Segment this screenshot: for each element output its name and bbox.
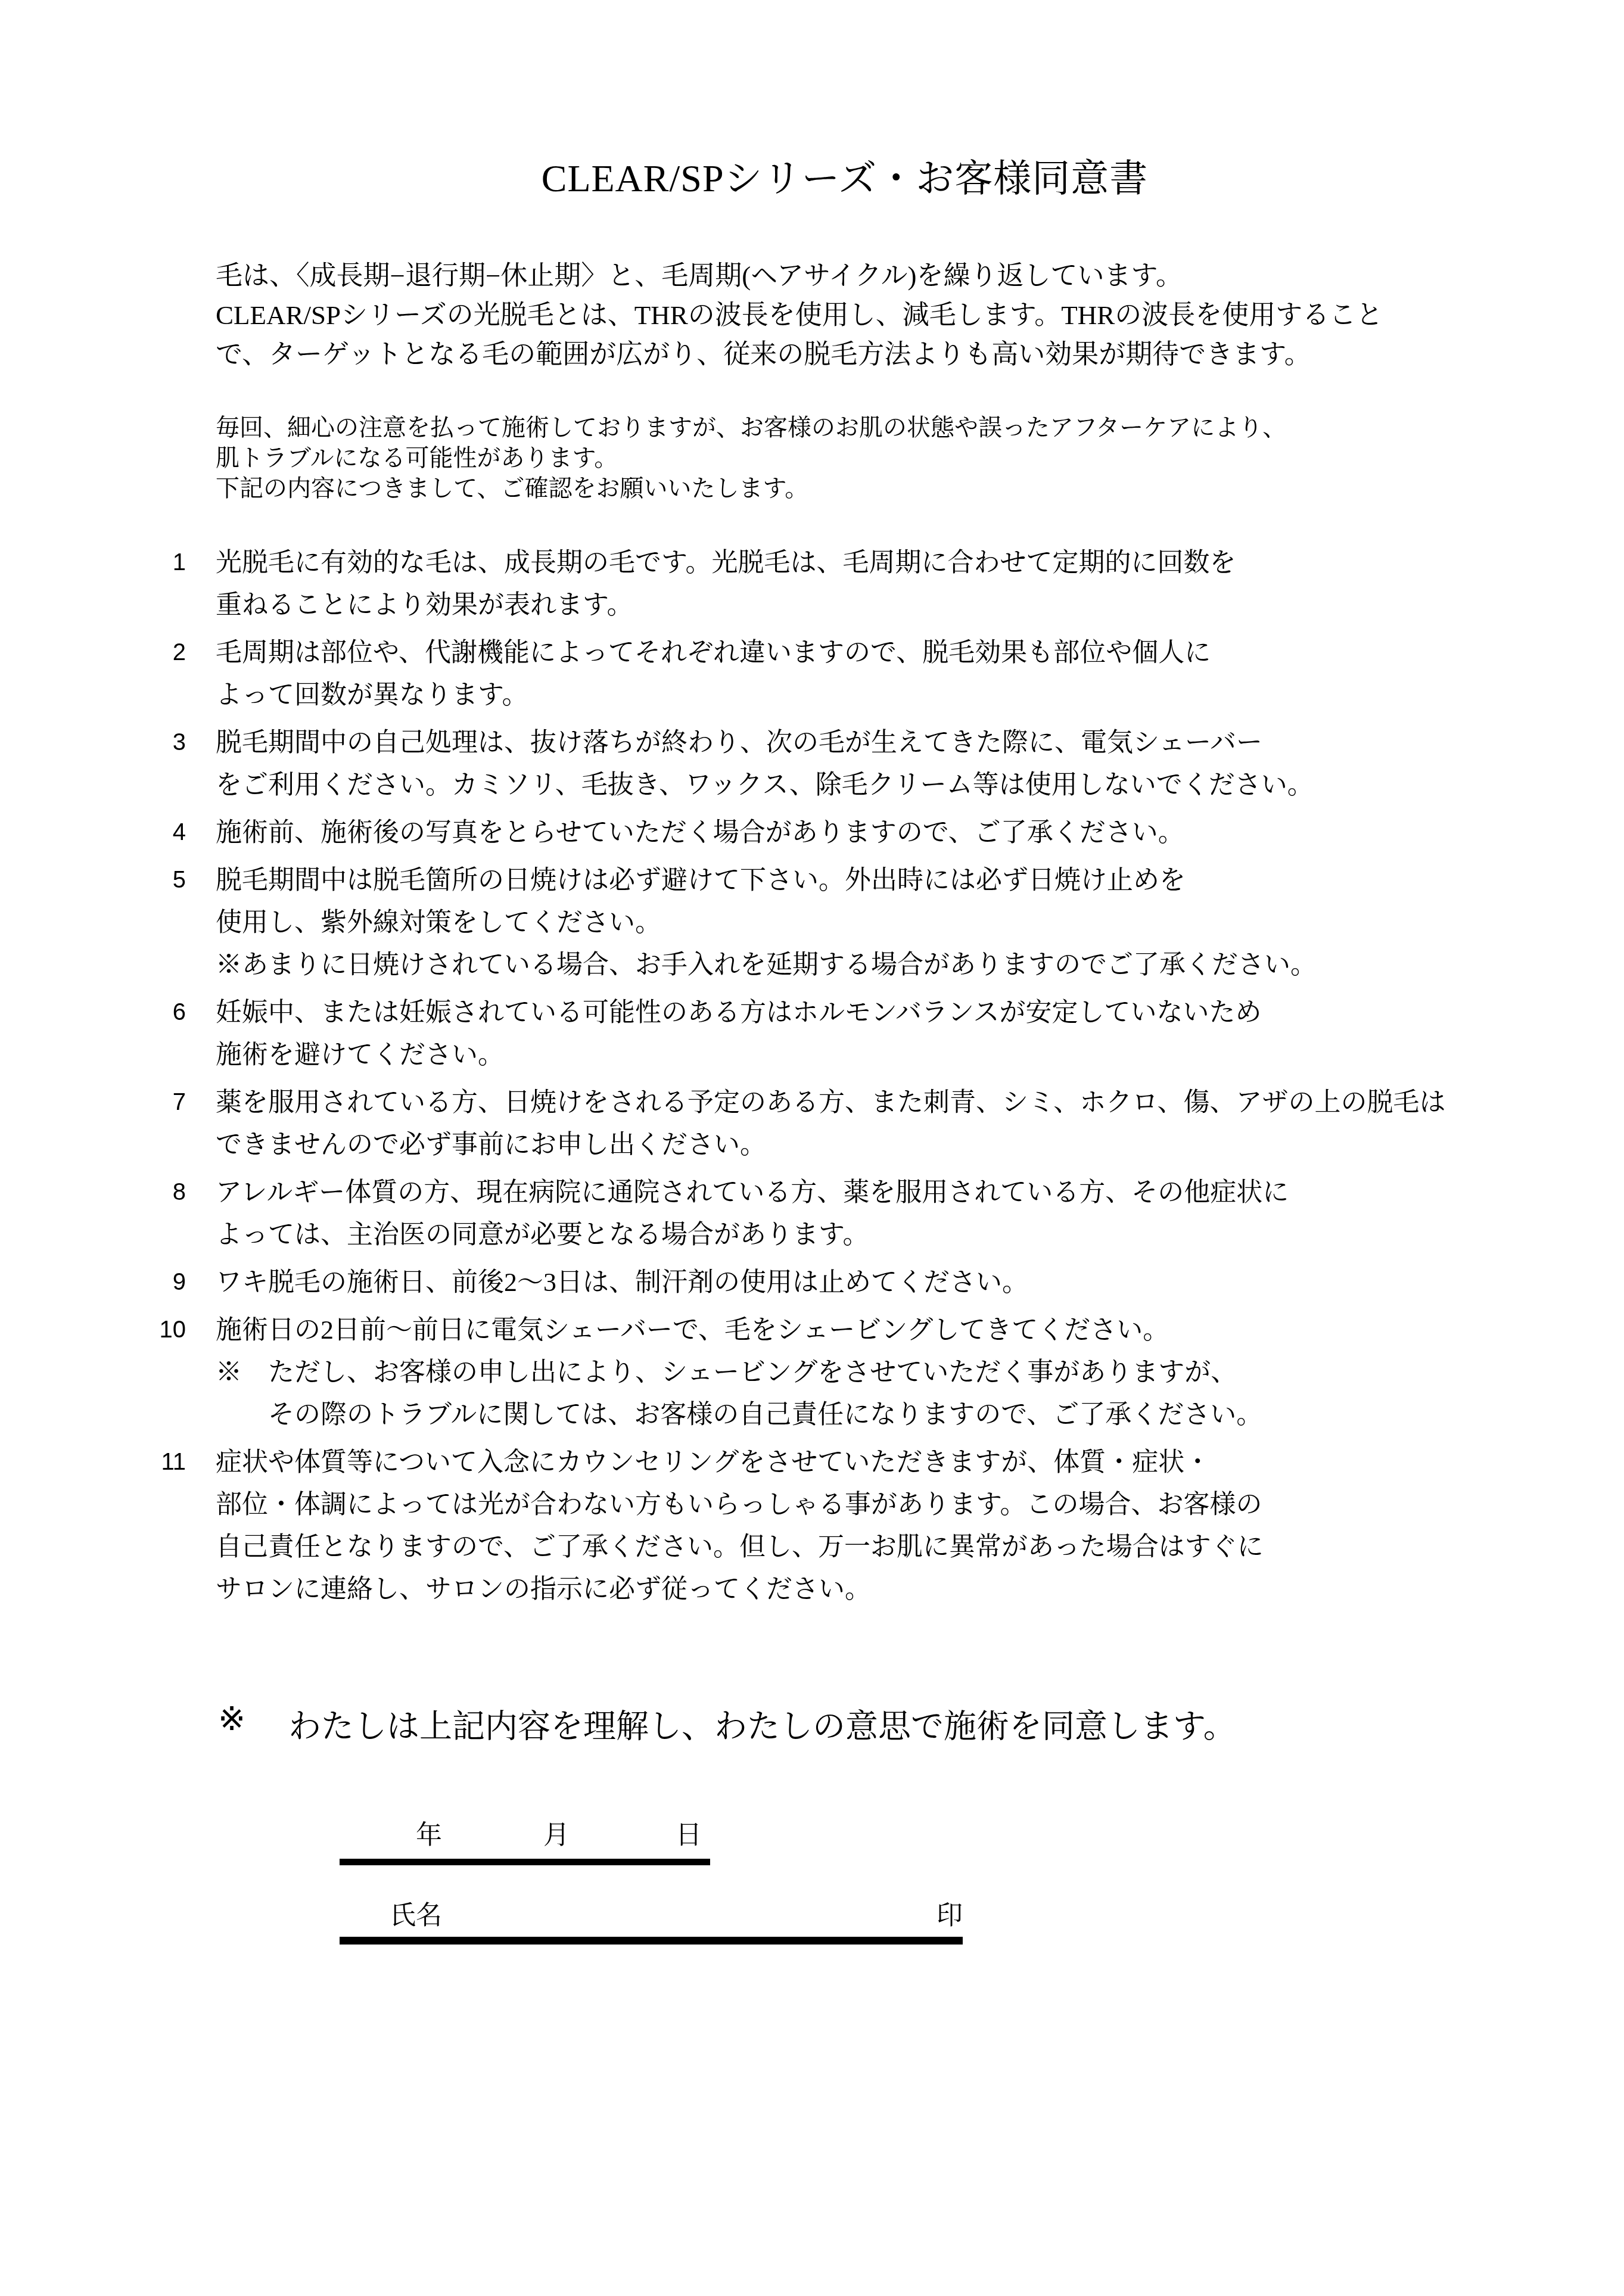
consent-statement-text: わたしは上記内容を理解し、わたしの意思で施術を同意します。	[288, 1700, 1236, 1747]
intro-line: CLEAR/SPシリーズの光脱毛とは、THRの波長を使用し、減毛します。THRの…	[216, 295, 1624, 335]
list-item-4: 4 施術前、施術後の写真をとらせていただく場合がありますので、ご了承ください。	[0, 811, 1624, 854]
item-number: 10	[0, 1309, 186, 1436]
list-item-7: 7 薬を服用されている方、日焼けをされる予定のある方、また刺青、シミ、ホクロ、傷…	[0, 1081, 1624, 1166]
item-number: 6	[0, 991, 186, 1076]
item-line: アレルギー体質の方、現在病院に通院されている方、薬を服用されている方、その他症状…	[216, 1171, 1289, 1214]
item-line: をご利用ください。カミソリ、毛抜き、ワックス、除毛クリーム等は使用しないでくださ…	[216, 764, 1314, 806]
item-number: 4	[0, 811, 186, 854]
item-number: 11	[0, 1441, 186, 1610]
date-field[interactable]: 年 月 日	[340, 1813, 710, 1865]
list-item-3: 3 脱毛期間中の自己処理は、抜け落ちが終わり、次の毛が生えてきた際に、電気シェー…	[0, 721, 1624, 806]
terms-list: 1 光脱毛に有効的な毛は、成長期の毛です。光脱毛は、毛周期に合わせて定期的に回数…	[0, 542, 1624, 1610]
item-line: 光脱毛に有効的な毛は、成長期の毛です。光脱毛は、毛周期に合わせて定期的に回数を	[216, 542, 1236, 584]
item-number: 7	[0, 1081, 186, 1166]
intro-paragraph: 毛は、〈成長期−退行期−休止期〉と、毛周期(ヘアサイクル)を繰り返しています。 …	[216, 256, 1624, 374]
item-line: できませんので必ず事前にお申し出ください。	[216, 1124, 1445, 1166]
item-line: サロンに連絡し、サロンの指示に必ず従ってください。	[216, 1568, 1264, 1610]
item-line: 施術日の2日前～前日に電気シェーバーで、毛をシェービングしてきてください。	[216, 1309, 1262, 1351]
item-line: ワキ脱毛の施術日、前後2～3日は、制汗剤の使用は止めてください。	[216, 1261, 1028, 1303]
consent-statement: ※ わたしは上記内容を理解し、わたしの意思で施術を同意します。	[218, 1700, 1624, 1747]
list-item-5: 5 脱毛期間中は脱毛箇所の日焼けは必ず避けて下さい。外出時には必ず日焼け止めを …	[0, 859, 1624, 986]
list-item-11: 11 症状や体質等について入念にカウンセリングをさせていただきますが、体質・症状…	[0, 1441, 1624, 1610]
item-line: 症状や体質等について入念にカウンセリングをさせていただきますが、体質・症状・	[216, 1441, 1264, 1483]
item-note-line: その際のトラブルに関しては、お客様の自己責任になりますので、ご了承ください。	[216, 1393, 1262, 1436]
page-title: CLEAR/SPシリーズ・お客様同意書	[0, 0, 1624, 203]
name-label: 氏名	[390, 1894, 442, 1932]
item-note-line: ※あまりに日焼けされている場合、お手入れを延期する場合がありますのでご了承くださ…	[216, 944, 1317, 986]
item-line: 脱毛期間中は脱毛箇所の日焼けは必ず避けて下さい。外出時には必ず日焼け止めを	[216, 859, 1317, 901]
item-line: 施術前、施術後の写真をとらせていただく場合がありますので、ご了承ください。	[216, 811, 1184, 854]
item-line: 薬を服用されている方、日焼けをされる予定のある方、また刺青、シミ、ホクロ、傷、ア…	[216, 1081, 1445, 1124]
item-line: よっては、主治医の同意が必要となる場合があります。	[216, 1214, 1289, 1256]
reference-mark: ※	[218, 1700, 245, 1747]
item-line: よって回数が異なります。	[216, 674, 1211, 716]
item-number: 8	[0, 1171, 186, 1256]
caution-line: 肌トラブルになる可能性があります。	[216, 443, 1624, 473]
item-number: 3	[0, 721, 186, 806]
item-number: 9	[0, 1261, 186, 1303]
seal-label: 印	[937, 1894, 963, 1932]
list-item-9: 9 ワキ脱毛の施術日、前後2～3日は、制汗剤の使用は止めてください。	[0, 1261, 1624, 1303]
item-line: 重ねることにより効果が表れます。	[216, 584, 1236, 626]
item-line: 施術を避けてください。	[216, 1034, 1262, 1076]
intro-line: 毛は、〈成長期−退行期−休止期〉と、毛周期(ヘアサイクル)を繰り返しています。	[216, 256, 1624, 295]
item-line: 脱毛期間中の自己処理は、抜け落ちが終わり、次の毛が生えてきた際に、電気シェーバー	[216, 721, 1314, 764]
item-line: 部位・体調によっては光が合わない方もいらっしゃる事があります。この場合、お客様の	[216, 1483, 1264, 1526]
item-note-line: ※ ただし、お客様の申し出により、シェービングをさせていただく事がありますが、	[216, 1351, 1262, 1393]
consent-form-page: CLEAR/SPシリーズ・お客様同意書 毛は、〈成長期−退行期−休止期〉と、毛周…	[0, 0, 1624, 2296]
item-line: 妊娠中、または妊娠されている可能性のある方はホルモンバランスが安定していないため	[216, 991, 1262, 1034]
list-item-10: 10 施術日の2日前～前日に電気シェーバーで、毛をシェービングしてきてください。…	[0, 1309, 1624, 1436]
list-item-2: 2 毛周期は部位や、代謝機能によってそれぞれ違いますので、脱毛効果も部位や個人に…	[0, 631, 1624, 716]
caution-line: 下記の内容につきまして、ご確認をお願いいたします。	[216, 473, 1624, 503]
list-item-6: 6 妊娠中、または妊娠されている可能性のある方はホルモンバランスが安定していない…	[0, 991, 1624, 1076]
caution-line: 毎回、細心の注意を払って施術しておりますが、お客様のお肌の状態や誤ったアフターケ…	[216, 412, 1624, 443]
year-label: 年	[416, 1813, 442, 1852]
list-item-8: 8 アレルギー体質の方、現在病院に通院されている方、薬を服用されている方、その他…	[0, 1171, 1624, 1256]
item-line: 使用し、紫外線対策をしてください。	[216, 901, 1317, 944]
item-number: 1	[0, 542, 186, 626]
intro-line: で、ターゲットとなる毛の範囲が広がり、従来の脱毛方法よりも高い効果が期待できます…	[216, 335, 1624, 374]
name-field[interactable]: 氏名 印	[340, 1894, 963, 1945]
day-label: 日	[676, 1813, 702, 1852]
month-label: 月	[543, 1813, 570, 1852]
caution-paragraph: 毎回、細心の注意を払って施術しておりますが、お客様のお肌の状態や誤ったアフターケ…	[216, 412, 1624, 503]
item-line: 自己責任となりますので、ご了承ください。但し、万一お肌に異常があった場合はすぐに	[216, 1526, 1264, 1568]
list-item-1: 1 光脱毛に有効的な毛は、成長期の毛です。光脱毛は、毛周期に合わせて定期的に回数…	[0, 542, 1624, 626]
item-number: 2	[0, 631, 186, 716]
item-number: 5	[0, 859, 186, 986]
item-line: 毛周期は部位や、代謝機能によってそれぞれ違いますので、脱毛効果も部位や個人に	[216, 631, 1211, 674]
